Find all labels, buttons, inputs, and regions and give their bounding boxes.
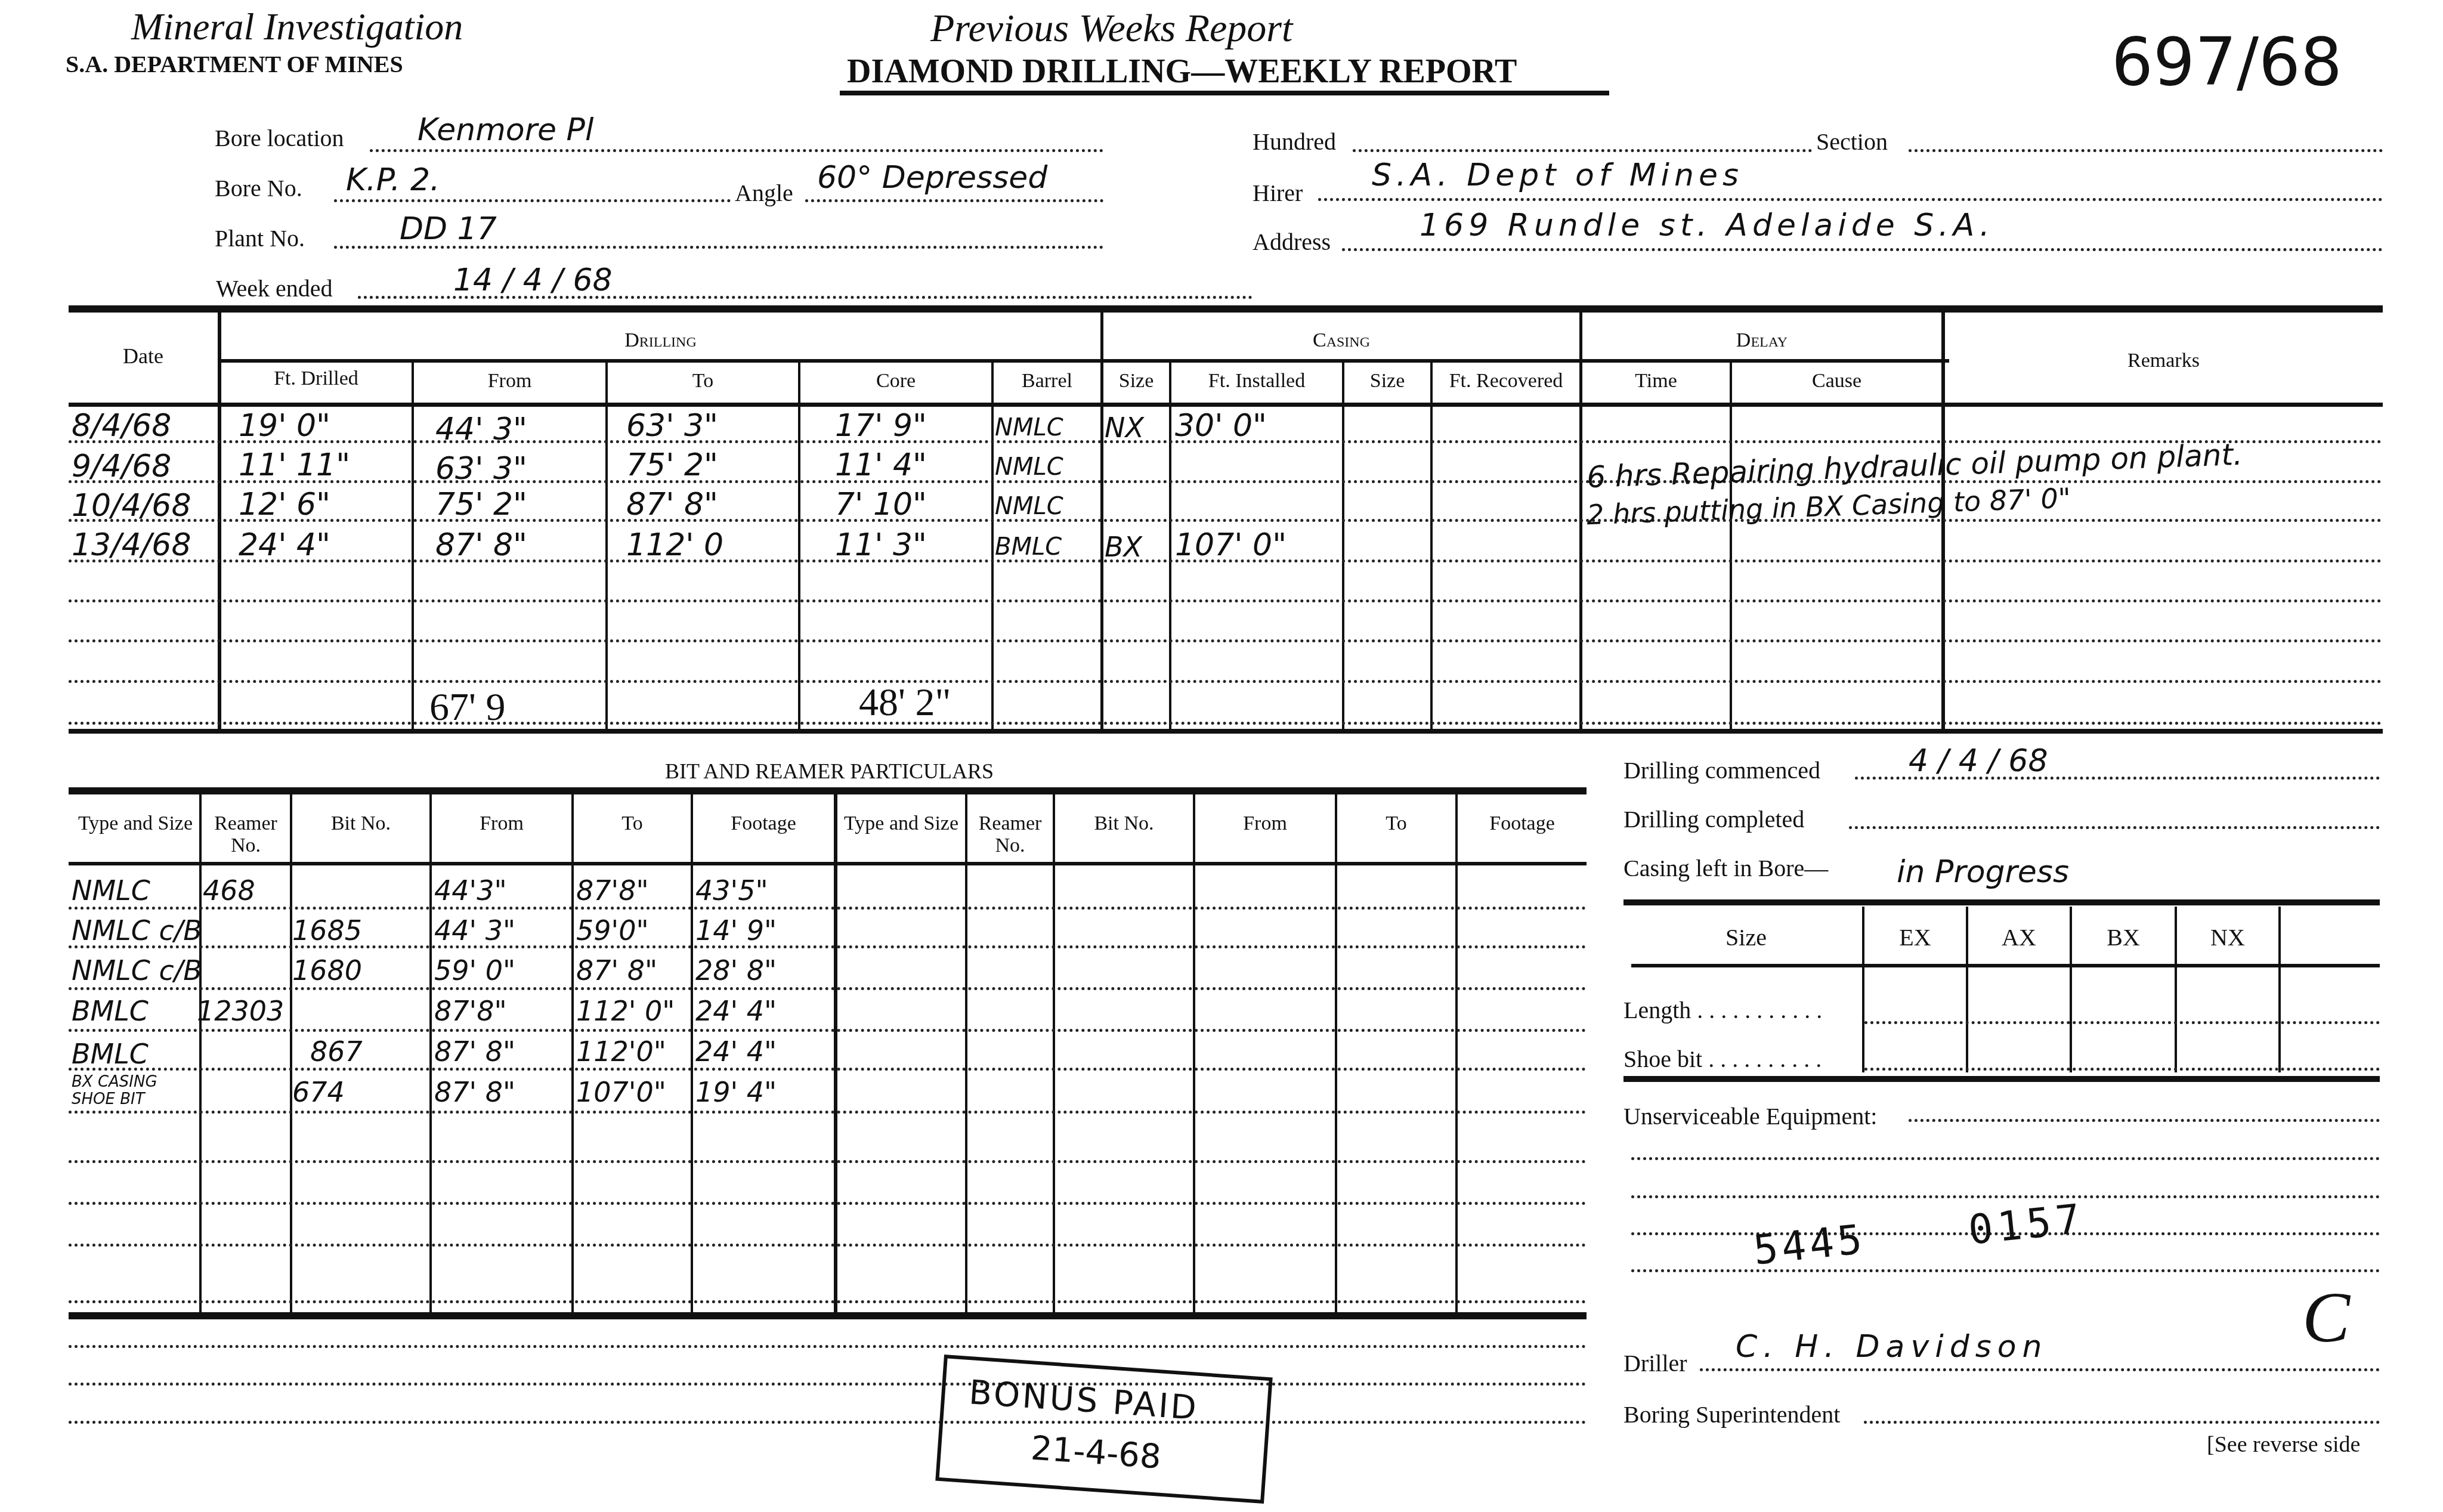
col-divider [429, 793, 432, 1312]
row-rule [69, 987, 1587, 990]
blank-line [69, 1421, 1587, 1424]
col-from: From [414, 370, 605, 392]
cell-to[interactable]: 112' 0 [626, 527, 723, 563]
bit-reamer-top-rule [69, 787, 1587, 794]
br-cell-footage[interactable]: 43'5" [695, 874, 768, 907]
delay-note-1[interactable]: 6 hrs Repairing hydraulic oil pump on pl… [1586, 437, 2243, 494]
cell-from[interactable]: 75' 2" [435, 487, 527, 522]
bore-location-line [370, 149, 1103, 152]
col-to: To [608, 370, 798, 392]
cell-to[interactable]: 63' 3" [626, 408, 718, 444]
file-number: 697/68 [2111, 24, 2342, 100]
br-cell-type[interactable]: NMLC c/B [72, 954, 202, 987]
row-rule [69, 680, 2383, 683]
address-value[interactable]: 169 Rundle st. Adelaide S.A. [1420, 208, 1994, 243]
br-cell-to[interactable]: 87' 8" [576, 954, 657, 987]
hundred-line [1353, 149, 1812, 152]
col-divider [1053, 793, 1055, 1312]
address-line [1342, 248, 2383, 251]
col-divider [1455, 793, 1458, 1312]
drilling-commenced-label: Drilling commenced [1623, 756, 1820, 784]
stamp-number-1: 5445 [1751, 1216, 1867, 1274]
cell-from[interactable]: 87' 8" [435, 527, 527, 563]
cell-barrel[interactable]: NMLC [995, 493, 1063, 520]
col-divider [1342, 361, 1344, 731]
cell-barrel[interactable]: NMLC [995, 414, 1063, 441]
bore-no-label: Bore No. [215, 174, 302, 202]
total-from: 67' 9 [429, 685, 505, 730]
angle-line [805, 199, 1103, 202]
br-cell-reamer[interactable]: 468 [203, 874, 255, 907]
bore-no-value[interactable]: K.P. 2. [346, 162, 440, 198]
cell-from[interactable]: 44' 3" [435, 412, 527, 447]
br-col-reamer-2: Reamer No. [967, 812, 1053, 857]
row-rule [69, 1111, 1587, 1114]
br-col-to-2: To [1337, 812, 1455, 834]
row-rule [69, 1300, 1587, 1303]
bit-reamer-header-rule [69, 862, 1587, 865]
col-delay-cause: Cause [1732, 370, 1941, 392]
remarks-header: Remarks [1944, 350, 2383, 372]
page-title: DIAMOND DRILLING—WEEKLY REPORT [847, 52, 1517, 91]
group-header-rule [219, 359, 1949, 363]
drilling-completed-label: Drilling completed [1623, 805, 1804, 833]
br-cell-from[interactable]: 87' 8" [434, 1035, 515, 1068]
br-col-type-2: Type and Size [837, 812, 965, 834]
drilling-completed-line [1849, 826, 2380, 829]
br-cell-footage[interactable]: 19' 4" [695, 1076, 777, 1108]
col-recovered-size: Size [1344, 370, 1430, 392]
cell-to[interactable]: 75' 2" [626, 447, 718, 483]
unserviceable-line [1631, 1269, 2380, 1272]
br-cell-from[interactable]: 87' 8" [434, 1076, 515, 1108]
drilling-group-header: Drilling [221, 329, 1100, 351]
row-rule [69, 519, 2383, 522]
unserviceable-label: Unserviceable Equipment: [1623, 1102, 1877, 1130]
br-cell-to[interactable]: 59'0" [576, 914, 649, 947]
cell-date[interactable]: 13/4/68 [72, 527, 191, 563]
cell-ft-drilled[interactable]: 11' 11" [239, 447, 350, 483]
col-divider [605, 361, 608, 731]
col-ft-drilled: Ft. Drilled [221, 367, 412, 389]
week-ended-value[interactable]: 14 / 4 / 68 [453, 262, 613, 298]
br-cell-reamer[interactable]: 12303 [197, 995, 284, 1027]
cell-ft-drilled[interactable]: 19' 0" [239, 408, 330, 444]
size-header-rule [1631, 964, 2380, 967]
col-divider [991, 361, 994, 731]
stamp-number-2: 0157 [1966, 1195, 2087, 1254]
angle-label: Angle [735, 179, 793, 207]
col-casing-size: Size [1103, 370, 1169, 392]
size-bx: BX [2072, 924, 2175, 951]
shoe-bit-line [1864, 1068, 2380, 1071]
casing-section-rule [1623, 899, 2380, 905]
row-rule [69, 722, 2383, 725]
cell-casing-size[interactable]: NX [1105, 412, 1144, 444]
bore-location-label: Bore location [215, 124, 344, 152]
br-cell-bit[interactable]: 867 [310, 1035, 363, 1068]
col-divider [290, 793, 292, 1312]
br-col-bit: Bit No. [292, 812, 429, 834]
cell-core[interactable]: 11' 4" [835, 447, 927, 483]
br-cell-type[interactable]: BX CASING SHOE BIT [72, 1074, 197, 1108]
br-cell-type[interactable]: BMLC [72, 1038, 149, 1070]
unserviceable-line [1631, 1157, 2380, 1160]
driller-signature[interactable]: C. H. Davidson [1736, 1329, 2048, 1365]
see-reverse-note: [See reverse side [2207, 1431, 2360, 1458]
drilling-table-top-rule [69, 305, 2383, 313]
section-line [1909, 149, 2383, 152]
col-divider [798, 361, 800, 731]
row-rule [69, 599, 2383, 602]
col-barrel: Barrel [994, 370, 1100, 392]
total-core: 48' 2" [859, 680, 951, 725]
row-rule [69, 1244, 1587, 1247]
br-cell-to[interactable]: 112' 0" [576, 995, 675, 1027]
cell-core[interactable]: 7' 10" [835, 487, 927, 522]
cell-ft-installed[interactable]: 30' 0" [1175, 408, 1267, 444]
row-rule [69, 1029, 1587, 1032]
br-cell-bit[interactable]: 674 [292, 1076, 345, 1108]
casing-left-value[interactable]: in Progress [1897, 854, 2069, 890]
size-ex: EX [1864, 924, 1966, 951]
stamp-line-1: BONUS PAID [967, 1373, 1199, 1428]
br-cell-to[interactable]: 87'8" [576, 874, 649, 907]
br-col-footage: Footage [693, 812, 834, 834]
col-divider [1335, 793, 1337, 1312]
initial-mark: C [2302, 1276, 2350, 1359]
br-cell-to[interactable]: 112'0" [576, 1035, 666, 1068]
size-table-bottom-rule [1623, 1076, 2380, 1082]
cell-from[interactable]: 63' 3" [435, 451, 527, 487]
br-cell-from[interactable]: 44'3" [434, 874, 507, 907]
size-ax: AX [1968, 924, 2070, 951]
title-annotation: Previous Weeks Report [930, 6, 1292, 51]
casing-group-header: Casing [1103, 329, 1579, 351]
col-divider [571, 793, 574, 1312]
row-rule [69, 1160, 1587, 1163]
cell-date[interactable]: 9/4/68 [72, 449, 171, 484]
br-cell-footage[interactable]: 28' 8" [695, 954, 777, 987]
date-header: Date [69, 345, 218, 369]
br-col-bit-2: Bit No. [1055, 812, 1193, 834]
cell-ft-drilled[interactable]: 24' 4" [239, 527, 330, 563]
drilling-commenced-value[interactable]: 4 / 4 / 68 [1909, 743, 2048, 779]
bit-reamer-title: BIT AND REAMER PARTICULARS [665, 759, 994, 784]
br-cell-from[interactable]: 87'8" [434, 995, 507, 1027]
casing-left-label: Casing left in Bore— [1623, 854, 1828, 882]
br-cell-type[interactable]: BMLC [72, 995, 149, 1027]
col-divider [199, 793, 202, 1312]
cell-barrel[interactable]: BMLC [995, 533, 1062, 561]
cell-to[interactable]: 87' 8" [626, 487, 718, 522]
cell-ft-drilled[interactable]: 12' 6" [239, 487, 330, 522]
cell-date[interactable]: 8/4/68 [72, 408, 171, 444]
address-label: Address [1253, 228, 1331, 256]
row-rule [69, 639, 2383, 642]
cell-ft-installed[interactable]: 107' 0" [1175, 527, 1287, 563]
hirer-value[interactable]: S.A. Dept of Mines [1372, 157, 1743, 193]
col-core: Core [800, 370, 991, 392]
delay-group-header: Delay [1582, 329, 1941, 351]
row-rule [69, 1202, 1587, 1205]
size-nx: NX [2177, 924, 2278, 951]
bore-no-line [334, 199, 731, 202]
column-header-rule [69, 403, 2383, 407]
col-divider [1169, 361, 1171, 731]
bit-reamer-bottom-rule [69, 1312, 1587, 1319]
bonus-paid-stamp: BONUS PAID 21-4-68 [935, 1355, 1272, 1504]
unserviceable-line [1631, 1195, 2380, 1198]
size-label: Size [1631, 924, 1861, 951]
br-cell-bit[interactable]: 1680 [292, 954, 362, 987]
col-divider [412, 361, 414, 731]
superintendent-line [1864, 1421, 2380, 1424]
length-label: Length . . . . . . . . . . . [1623, 996, 1822, 1024]
superintendent-label: Boring Superintendent [1623, 1400, 1840, 1428]
col-delay-time: Time [1582, 370, 1730, 392]
hundred-label: Hundred [1253, 128, 1336, 156]
hirer-label: Hirer [1253, 179, 1303, 207]
stamp-line-2: 21-4-68 [1029, 1429, 1162, 1477]
br-col-from-2: From [1195, 812, 1335, 834]
cell-core[interactable]: 17' 9" [835, 408, 927, 444]
br-col-type: Type and Size [72, 812, 199, 834]
driller-line [1700, 1368, 2380, 1371]
blank-line [69, 1383, 1587, 1386]
br-cell-from[interactable]: 44' 3" [434, 914, 515, 947]
br-cell-from[interactable]: 59' 0" [434, 954, 515, 987]
row-rule [69, 1068, 1587, 1071]
br-col-to: To [574, 812, 691, 834]
section-label: Section [1816, 128, 1888, 156]
driller-label: Driller [1623, 1349, 1687, 1377]
unserviceable-line [1909, 1119, 2380, 1122]
row-rule [69, 907, 1587, 910]
br-col-reamer: Reamer No. [202, 812, 290, 857]
bore-location-value[interactable]: Kenmore Pl [418, 112, 593, 148]
week-ended-label: Week ended [216, 274, 333, 302]
col-divider [1430, 361, 1433, 731]
cell-core[interactable]: 11' 3" [835, 527, 927, 563]
title-underline [840, 91, 1609, 95]
br-cell-bit[interactable]: 1685 [292, 914, 362, 947]
br-col-from: From [432, 812, 571, 834]
br-cell-type[interactable]: NMLC [72, 874, 150, 907]
col-divider [691, 793, 693, 1312]
col-divider [1193, 793, 1195, 1312]
br-cell-to[interactable]: 107'0" [576, 1076, 666, 1108]
length-line [1864, 1021, 2380, 1024]
br-cell-type[interactable]: NMLC c/B [72, 914, 202, 947]
br-cell-footage[interactable]: 24' 4" [695, 995, 777, 1027]
cell-date[interactable]: 10/4/68 [72, 488, 191, 524]
plant-no-label: Plant No. [215, 224, 305, 252]
col-divider [965, 793, 967, 1312]
angle-value[interactable]: 60° Depressed [817, 160, 1047, 196]
cell-casing-size[interactable]: BX [1105, 531, 1142, 563]
col-ft-installed: Ft. Installed [1171, 370, 1342, 392]
drilling-table-bottom-rule [69, 729, 2383, 734]
col-divider [834, 793, 837, 1312]
hirer-line [1318, 198, 2383, 201]
col-divider [2278, 907, 2281, 1072]
dept-annotation: Mineral Investigation [131, 5, 463, 49]
col-ft-recovered: Ft. Recovered [1433, 370, 1579, 392]
plant-no-value[interactable]: DD 17 [400, 211, 497, 247]
dept-name: S.A. DEPARTMENT OF MINES [66, 50, 403, 78]
shoe-bit-label: Shoe bit . . . . . . . . . . [1623, 1045, 1822, 1073]
br-cell-footage[interactable]: 24' 4" [695, 1035, 777, 1068]
blank-line [69, 1345, 1587, 1348]
cell-barrel[interactable]: NMLC [995, 453, 1063, 481]
br-cell-footage[interactable]: 14' 9" [695, 914, 777, 947]
br-col-footage-2: Footage [1458, 812, 1587, 834]
col-divider [1730, 361, 1732, 731]
